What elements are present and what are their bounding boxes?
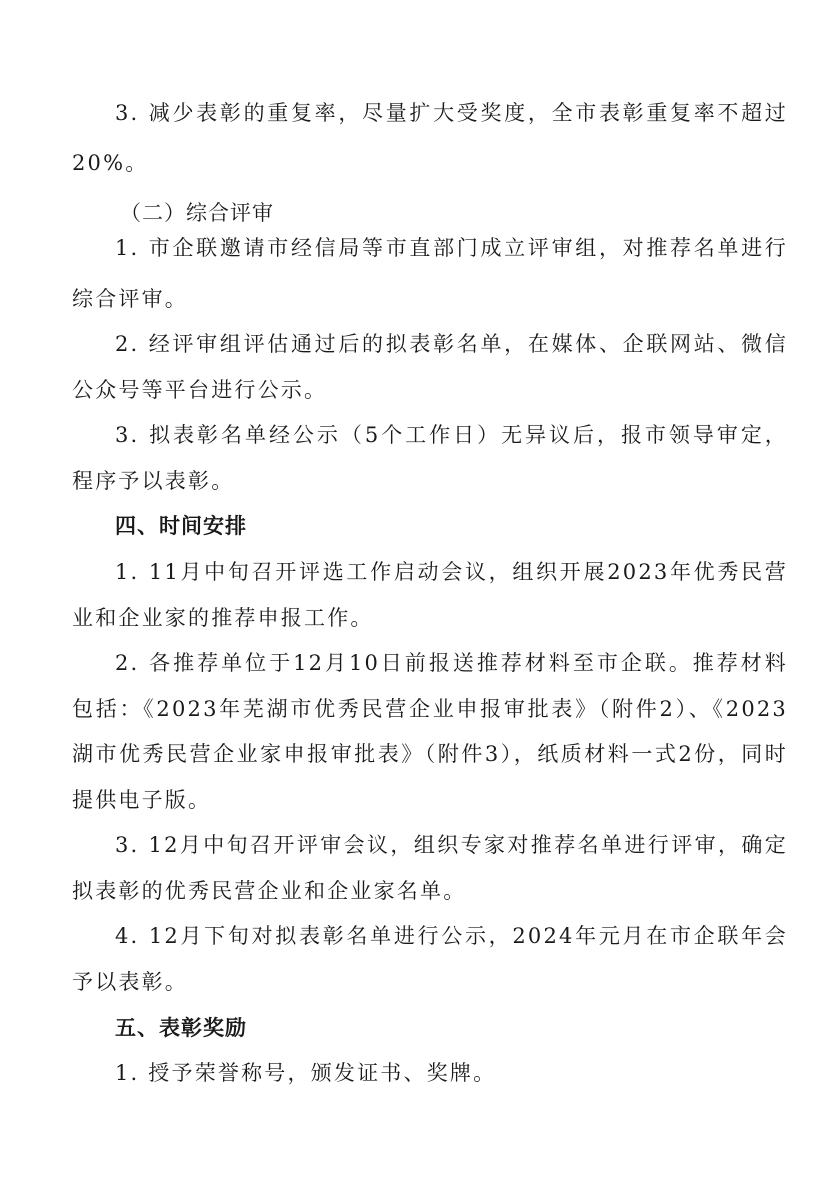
paragraph-line: 1. 授予荣誉称号，颁发证书、奖牌。: [115, 1058, 788, 1088]
paragraph-line: 提供电子版。: [72, 785, 788, 815]
paragraph-line: 1. 11月中旬召开评选工作启动会议，组织开展2023年优秀民营企: [115, 557, 788, 587]
paragraph-line: 公众号等平台进行公示。: [72, 375, 788, 405]
paragraph-line: 湖市优秀民营企业家申报审批表》（附件3），纸质材料一式2份，同时: [72, 739, 788, 769]
paragraph-line: 1. 市企联邀请市经信局等市直部门成立评审组，对推荐名单进行: [115, 233, 788, 263]
paragraph-line: 3. 减少表彰的重复率，尽量扩大受奖度，全市表彰重复率不超过: [115, 98, 788, 128]
paragraph-line: 4. 12月下旬对拟表彰名单进行公示，2024年元月在市企联年会上: [115, 921, 788, 951]
paragraph-line: 综合评审。: [72, 284, 788, 314]
section-heading: 四、时间安排: [115, 511, 788, 541]
paragraph-line: 业和企业家的推荐申报工作。: [72, 603, 788, 633]
paragraph-line: 3. 12月中旬召开评审会议，组织专家对推荐名单进行评审，确定: [115, 830, 788, 860]
paragraph-line: 2. 经评审组评估通过后的拟表彰名单，在媒体、企联网站、微信: [115, 329, 788, 359]
document-page: 3. 减少表彰的重复率，尽量扩大受奖度，全市表彰重复率不超过 20%。 （二）综…: [0, 0, 838, 1182]
paragraph-line: 予以表彰。: [72, 967, 788, 997]
paragraph-line: 3. 拟表彰名单经公示（5个工作日）无异议后，报市领导审定，按: [115, 420, 788, 450]
section-heading: 五、表彰奖励: [115, 1013, 788, 1043]
paragraph-line: 包括：《2023年芜湖市优秀民营企业申报审批表》（附件2）、《2023年芜: [72, 694, 788, 724]
paragraph-line: 拟表彰的优秀民营企业和企业家名单。: [72, 876, 788, 906]
paragraph-line: 2. 各推荐单位于12月10日前报送推荐材料至市企联。推荐材料: [115, 648, 788, 678]
paragraph-line: 程序予以表彰。: [72, 466, 788, 496]
paragraph-line: 20%。: [72, 148, 788, 178]
section-subheading: （二）综合评审: [120, 198, 836, 228]
